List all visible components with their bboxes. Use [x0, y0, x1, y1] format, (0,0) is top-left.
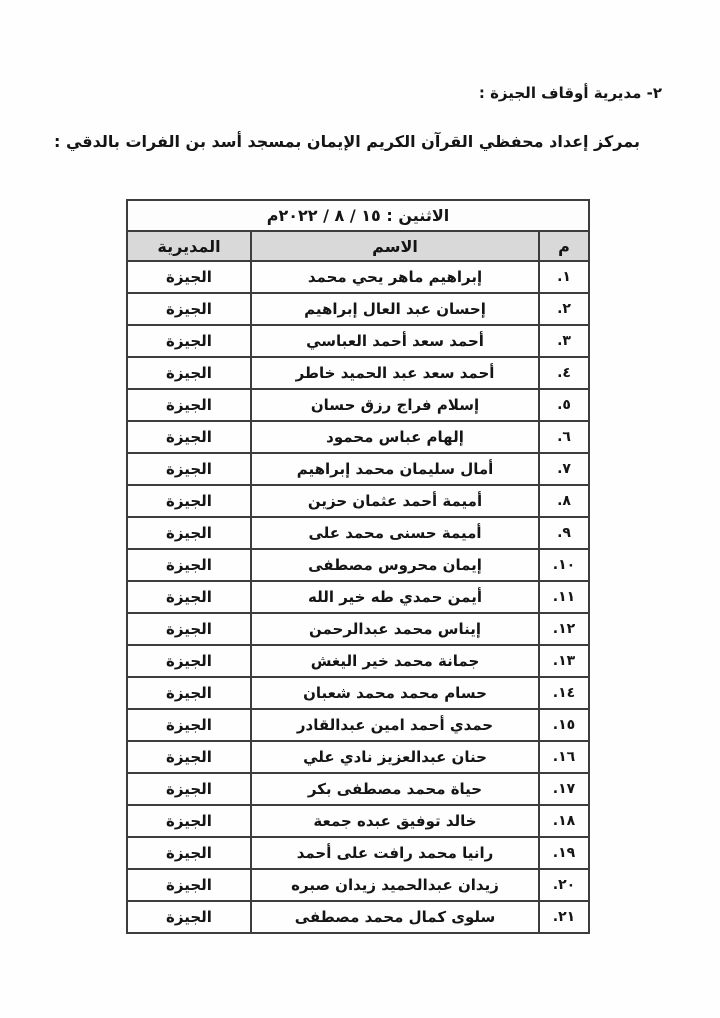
row-directorate: الجيزة — [127, 901, 251, 933]
row-serial: ٢١. — [539, 901, 589, 933]
row-serial: ١٩. — [539, 837, 589, 869]
column-header-name: الاسم — [251, 231, 539, 261]
row-name: إحسان عبد العال إبراهيم — [251, 293, 539, 325]
row-name: حياة محمد مصطفى بكر — [251, 773, 539, 805]
row-directorate: الجيزة — [127, 389, 251, 421]
row-name: إبراهيم ماهر يحي محمد — [251, 261, 539, 293]
row-directorate: الجيزة — [127, 485, 251, 517]
row-name: إسلام فراج رزق حسان — [251, 389, 539, 421]
row-serial: ١١. — [539, 581, 589, 613]
row-name: حسام محمد محمد شعبان — [251, 677, 539, 709]
row-name: زيدان عبدالحميد زيدان صبره — [251, 869, 539, 901]
table-date-header: الاثنين : ١٥ / ٨ / ٢٠٢٢م — [127, 200, 589, 231]
table-row: ٨. أميمة أحمد عثمان حزين الجيزة — [127, 485, 589, 517]
table-row: ٢٠. زيدان عبدالحميد زيدان صبره الجيزة — [127, 869, 589, 901]
row-directorate: الجيزة — [127, 709, 251, 741]
table-row: ٢. إحسان عبد العال إبراهيم الجيزة — [127, 293, 589, 325]
row-serial: ١٧. — [539, 773, 589, 805]
row-serial: ٤. — [539, 357, 589, 389]
table-row: ٢١. سلوى كمال محمد مصطفى الجيزة — [127, 901, 589, 933]
table-row: ١٦. حنان عبدالعزيز نادي علي الجيزة — [127, 741, 589, 773]
row-directorate: الجيزة — [127, 805, 251, 837]
row-name: خالد توفيق عبده جمعة — [251, 805, 539, 837]
table-row: ٩. أميمة حسنى محمد على الجيزة — [127, 517, 589, 549]
row-directorate: الجيزة — [127, 261, 251, 293]
row-directorate: الجيزة — [127, 517, 251, 549]
table-row: ٦. إلهام عباس محمود الجيزة — [127, 421, 589, 453]
row-name: أميمة حسنى محمد على — [251, 517, 539, 549]
row-serial: ١٣. — [539, 645, 589, 677]
table-row: ١٧. حياة محمد مصطفى بكر الجيزة — [127, 773, 589, 805]
row-directorate: الجيزة — [127, 773, 251, 805]
table-row: ١٢. إيناس محمد عبدالرحمن الجيزة — [127, 613, 589, 645]
section-heading: ٢- مديرية أوقاف الجيزة : — [479, 84, 662, 102]
table-row: ٧. أمال سليمان محمد إبراهيم الجيزة — [127, 453, 589, 485]
table-row: ١٩. رانيا محمد رافت على أحمد الجيزة — [127, 837, 589, 869]
table-row: ١٤. حسام محمد محمد شعبان الجيزة — [127, 677, 589, 709]
row-name: إلهام عباس محمود — [251, 421, 539, 453]
row-serial: ١. — [539, 261, 589, 293]
row-serial: ١٠. — [539, 549, 589, 581]
table-row: ١٣. جمانة محمد خير اليغش الجيزة — [127, 645, 589, 677]
row-serial: ٩. — [539, 517, 589, 549]
row-serial: ١٦. — [539, 741, 589, 773]
row-serial: ١٢. — [539, 613, 589, 645]
row-serial: ٦. — [539, 421, 589, 453]
row-directorate: الجيزة — [127, 549, 251, 581]
row-directorate: الجيزة — [127, 677, 251, 709]
table-row: ٣. أحمد سعد أحمد العباسي الجيزة — [127, 325, 589, 357]
row-directorate: الجيزة — [127, 421, 251, 453]
row-name: أميمة أحمد عثمان حزين — [251, 485, 539, 517]
row-name: إيناس محمد عبدالرحمن — [251, 613, 539, 645]
row-directorate: الجيزة — [127, 453, 251, 485]
row-directorate: الجيزة — [127, 613, 251, 645]
row-directorate: الجيزة — [127, 645, 251, 677]
column-header-row: م الاسم المديرية — [127, 231, 589, 261]
table-row: ٤. أحمد سعد عبد الحميد خاطر الجيزة — [127, 357, 589, 389]
row-serial: ١٥. — [539, 709, 589, 741]
names-table: الاثنين : ١٥ / ٨ / ٢٠٢٢م م الاسم المديري… — [126, 199, 590, 934]
row-serial: ١٨. — [539, 805, 589, 837]
row-name: أمال سليمان محمد إبراهيم — [251, 453, 539, 485]
row-name: حنان عبدالعزيز نادي علي — [251, 741, 539, 773]
row-name: أحمد سعد عبد الحميد خاطر — [251, 357, 539, 389]
document-page: ٢- مديرية أوقاف الجيزة : بمركز إعداد محف… — [0, 0, 720, 1018]
row-directorate: الجيزة — [127, 581, 251, 613]
row-serial: ٢. — [539, 293, 589, 325]
row-directorate: الجيزة — [127, 293, 251, 325]
center-subtitle: بمركز إعداد محفظي القرآن الكريم الإيمان … — [54, 132, 640, 151]
row-directorate: الجيزة — [127, 837, 251, 869]
column-header-serial: م — [539, 231, 589, 261]
row-serial: ٥. — [539, 389, 589, 421]
row-name: حمدي أحمد امين عبدالقادر — [251, 709, 539, 741]
table-row: ١٠. إيمان محروس مصطفى الجيزة — [127, 549, 589, 581]
row-name: جمانة محمد خير اليغش — [251, 645, 539, 677]
row-directorate: الجيزة — [127, 357, 251, 389]
row-name: إيمان محروس مصطفى — [251, 549, 539, 581]
row-name: سلوى كمال محمد مصطفى — [251, 901, 539, 933]
row-name: رانيا محمد رافت على أحمد — [251, 837, 539, 869]
row-serial: ٧. — [539, 453, 589, 485]
table-row: ١٨. خالد توفيق عبده جمعة الجيزة — [127, 805, 589, 837]
row-serial: ٣. — [539, 325, 589, 357]
row-serial: ٨. — [539, 485, 589, 517]
row-name: أيمن حمدي طه خير الله — [251, 581, 539, 613]
row-directorate: الجيزة — [127, 741, 251, 773]
table-row: ١٥. حمدي أحمد امين عبدالقادر الجيزة — [127, 709, 589, 741]
table-row: ١. إبراهيم ماهر يحي محمد الجيزة — [127, 261, 589, 293]
table-row: ٥. إسلام فراج رزق حسان الجيزة — [127, 389, 589, 421]
row-serial: ٢٠. — [539, 869, 589, 901]
row-name: أحمد سعد أحمد العباسي — [251, 325, 539, 357]
row-directorate: الجيزة — [127, 869, 251, 901]
column-header-directorate: المديرية — [127, 231, 251, 261]
table-row: ١١. أيمن حمدي طه خير الله الجيزة — [127, 581, 589, 613]
row-serial: ١٤. — [539, 677, 589, 709]
row-directorate: الجيزة — [127, 325, 251, 357]
date-header-row: الاثنين : ١٥ / ٨ / ٢٠٢٢م — [127, 200, 589, 231]
